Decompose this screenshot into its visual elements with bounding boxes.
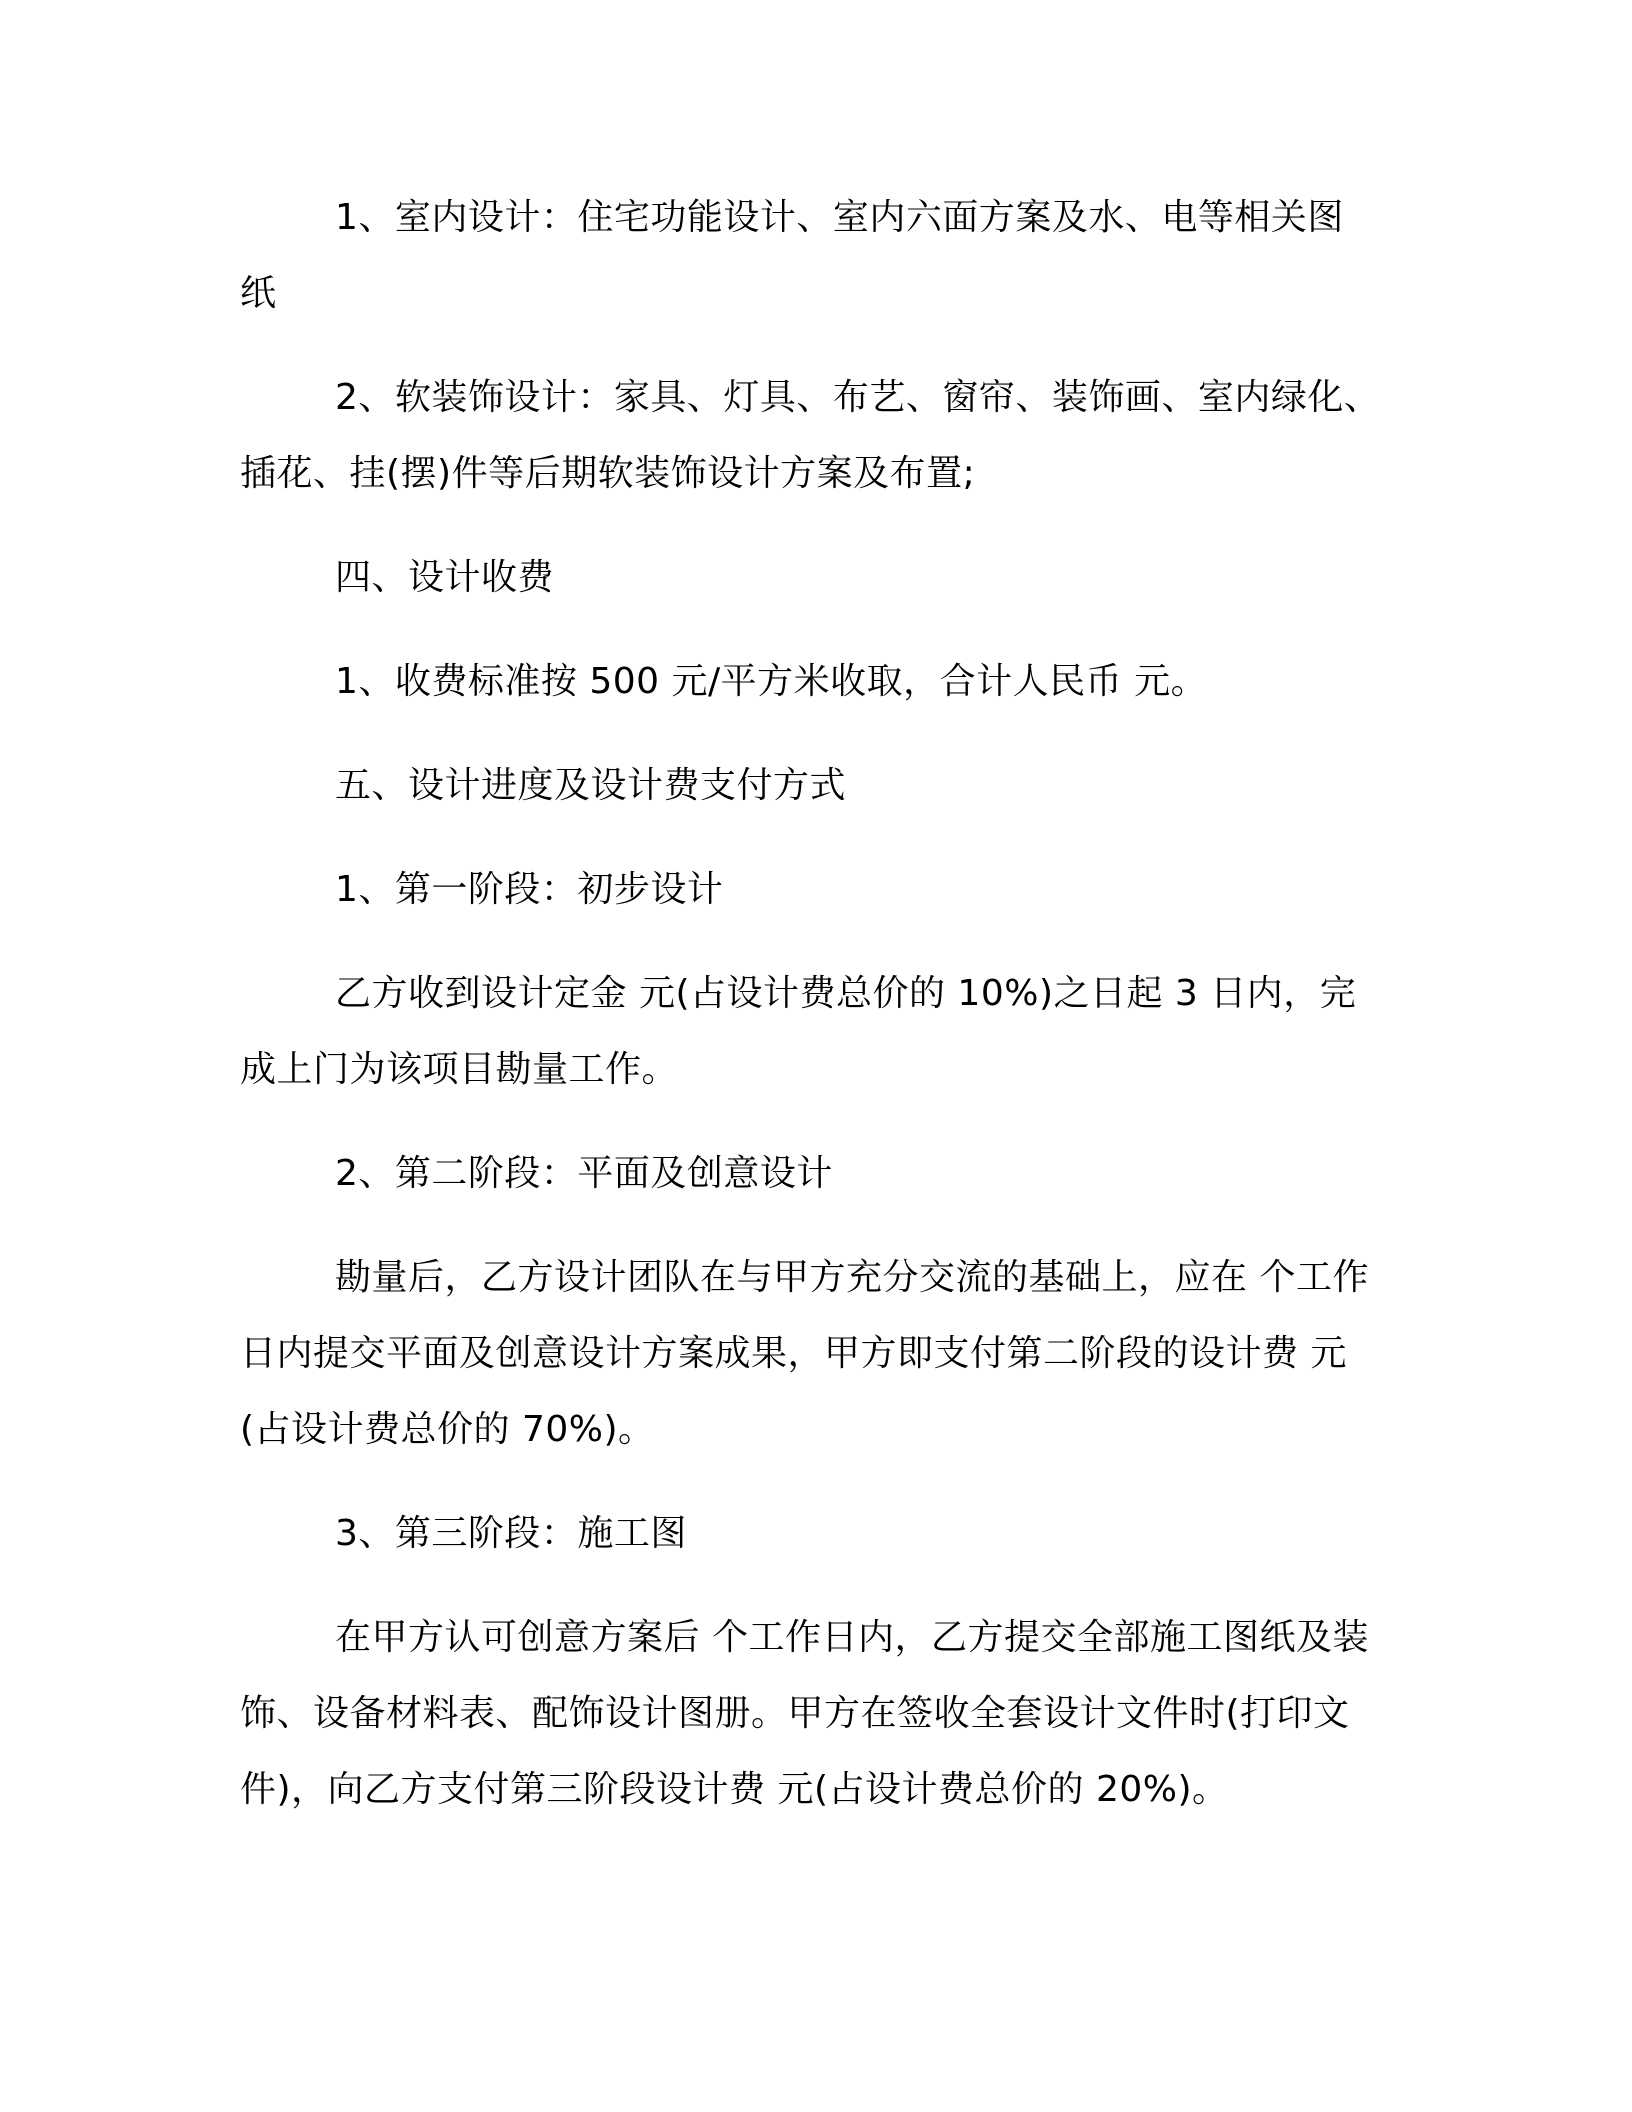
subheading-stage-one: 1、第一阶段：初步设计 — [335, 868, 723, 912]
paragraph-stage-three-line-3: 件)，向乙方支付第三阶段设计费 元(占设计费总价的 20%)。 — [240, 1768, 1229, 1812]
paragraph-soft-decoration-line-2: 插花、挂(摆)件等后期软装饰设计方案及布置; — [240, 452, 975, 496]
paragraph-stage-two-line-2: 日内提交平面及创意设计方案成果，甲方即支付第二阶段的设计费 元 — [240, 1332, 1347, 1376]
paragraph-stage-one-line-2: 成上门为该项目勘量工作。 — [240, 1048, 678, 1092]
paragraph-stage-one-line-1: 乙方收到设计定金 元(占设计费总价的 10%)之日起 3 日内，完 — [335, 972, 1356, 1016]
paragraph-soft-decoration-line-1: 2、软装饰设计：家具、灯具、布艺、窗帘、装饰画、室内绿化、 — [335, 376, 1380, 420]
paragraph-interior-design-line-1: 1、室内设计：住宅功能设计、室内六面方案及水、电等相关图 — [335, 196, 1344, 240]
paragraph-fee-standard: 1、收费标准按 500 元/平方米收取，合计人民币 元。 — [335, 660, 1207, 704]
section-heading-schedule-payment: 五、设计进度及设计费支付方式 — [335, 764, 846, 808]
paragraph-stage-two-line-3: (占设计费总价的 70%)。 — [240, 1408, 655, 1452]
paragraph-stage-three-line-2: 饰、设备材料表、配饰设计图册。甲方在签收全套设计文件时(打印文 — [240, 1692, 1350, 1736]
subheading-stage-three: 3、第三阶段：施工图 — [335, 1512, 687, 1556]
paragraph-stage-two-line-1: 勘量后，乙方设计团队在与甲方充分交流的基础上，应在 个工作 — [335, 1256, 1369, 1300]
paragraph-interior-design-line-2: 纸 — [240, 272, 277, 316]
section-heading-design-fees: 四、设计收费 — [335, 556, 554, 600]
subheading-stage-two: 2、第二阶段：平面及创意设计 — [335, 1152, 833, 1196]
document-page: 1、室内设计：住宅功能设计、室内六面方案及水、电等相关图 纸 2、软装饰设计：家… — [0, 0, 1632, 2112]
paragraph-stage-three-line-1: 在甲方认可创意方案后 个工作日内，乙方提交全部施工图纸及装 — [335, 1616, 1369, 1660]
